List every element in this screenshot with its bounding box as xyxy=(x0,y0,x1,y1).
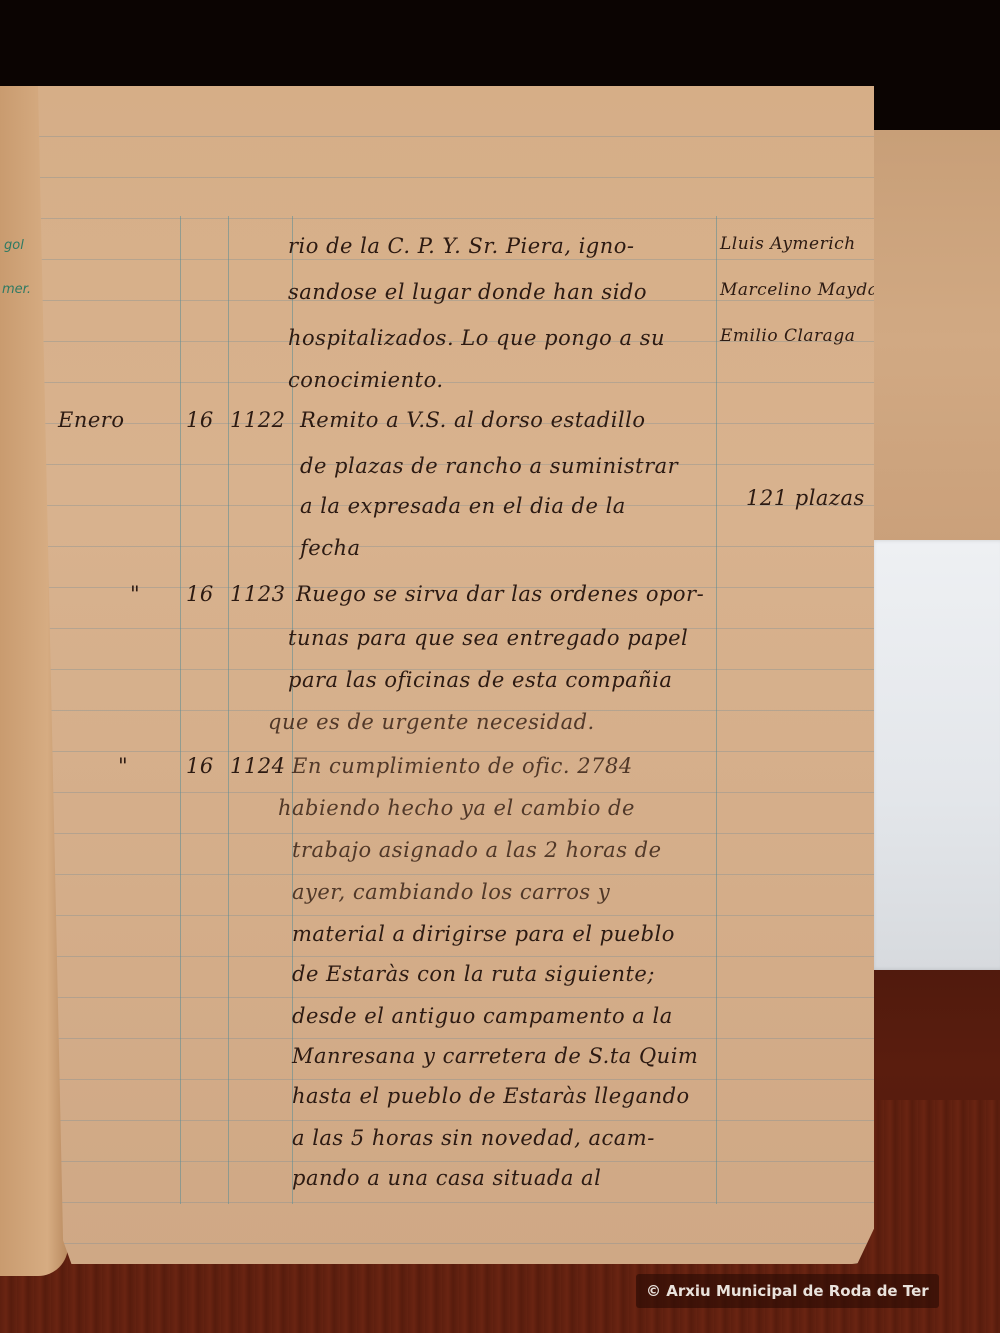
white-box xyxy=(870,540,1000,970)
entry-text-line: En cumplimiento de ofic. 2784 xyxy=(292,754,633,778)
cardboard-box xyxy=(860,130,1000,550)
column-rule xyxy=(180,216,181,1204)
entry-month: Enero xyxy=(58,408,124,432)
entry-day: 16 xyxy=(186,582,214,606)
entry-number: 1123 xyxy=(230,582,285,606)
entry-text-line: rio de la C. P. Y. Sr. Piera, igno- xyxy=(288,234,635,258)
entry-note: Emilio Claraga xyxy=(720,326,855,346)
margin-mark: mer. xyxy=(2,282,31,297)
entry-text-line: de plazas de rancho a suministrar xyxy=(300,454,678,478)
entry-day: 16 xyxy=(186,408,214,432)
entry-note: 121 plazas xyxy=(746,486,865,510)
entry-text-line: tunas para que sea entregado papel xyxy=(288,626,688,650)
entry-month: " xyxy=(118,754,128,778)
column-rule xyxy=(716,216,717,1204)
entry-note: Lluis Aymerich xyxy=(720,234,856,254)
entry-text-line: hasta el pueblo de Estaràs llegando xyxy=(292,1084,690,1108)
entry-number: 1122 xyxy=(230,408,285,432)
entry-note: Marcelino Mayda xyxy=(720,280,878,300)
entry-text-line: conocimiento. xyxy=(288,368,444,392)
entry-text-line: ayer, cambiando los carros y xyxy=(292,880,610,904)
entry-text-line: para las oficinas de esta compañia xyxy=(288,668,672,692)
entry-text-line: de Estaràs con la ruta siguiente; xyxy=(292,962,655,986)
entry-text-line: Manresana y carretera de S.ta Quim xyxy=(292,1044,698,1068)
margin-mark: gol xyxy=(4,238,24,253)
entry-text-line: trabajo asignado a las 2 horas de xyxy=(292,838,662,862)
entry-text-line: que es de urgente necesidad. xyxy=(268,710,595,734)
entry-text-line: a la expresada en el dia de la xyxy=(300,494,626,518)
entry-number: 1124 xyxy=(230,754,285,778)
column-rule xyxy=(228,216,229,1204)
entry-text-line: a las 5 horas sin novedad, acam- xyxy=(292,1126,655,1150)
entry-text-line: pando a una casa situada al xyxy=(292,1166,601,1190)
copyright-watermark: © Arxiu Municipal de Roda de Ter xyxy=(636,1274,939,1308)
entry-text-line: hospitalizados. Lo que pongo a su xyxy=(288,326,665,350)
entry-text-line: fecha xyxy=(300,536,361,560)
entry-text-line: habiendo hecho ya el cambio de xyxy=(278,796,635,820)
entry-text-line: Ruego se sirva dar las ordenes opor- xyxy=(296,582,704,606)
entry-text-line: material a dirigirse para el pueblo xyxy=(292,922,675,946)
entry-month: " xyxy=(130,582,140,606)
ledger-page: rio de la C. P. Y. Sr. Piera, igno- sand… xyxy=(38,86,874,1264)
entry-text-line: sandose el lugar donde han sido xyxy=(288,280,647,304)
entry-text-line: Remito a V.S. al dorso estadillo xyxy=(300,408,646,432)
entry-day: 16 xyxy=(186,754,214,778)
entry-text-line: desde el antiguo campamento a la xyxy=(292,1004,673,1028)
